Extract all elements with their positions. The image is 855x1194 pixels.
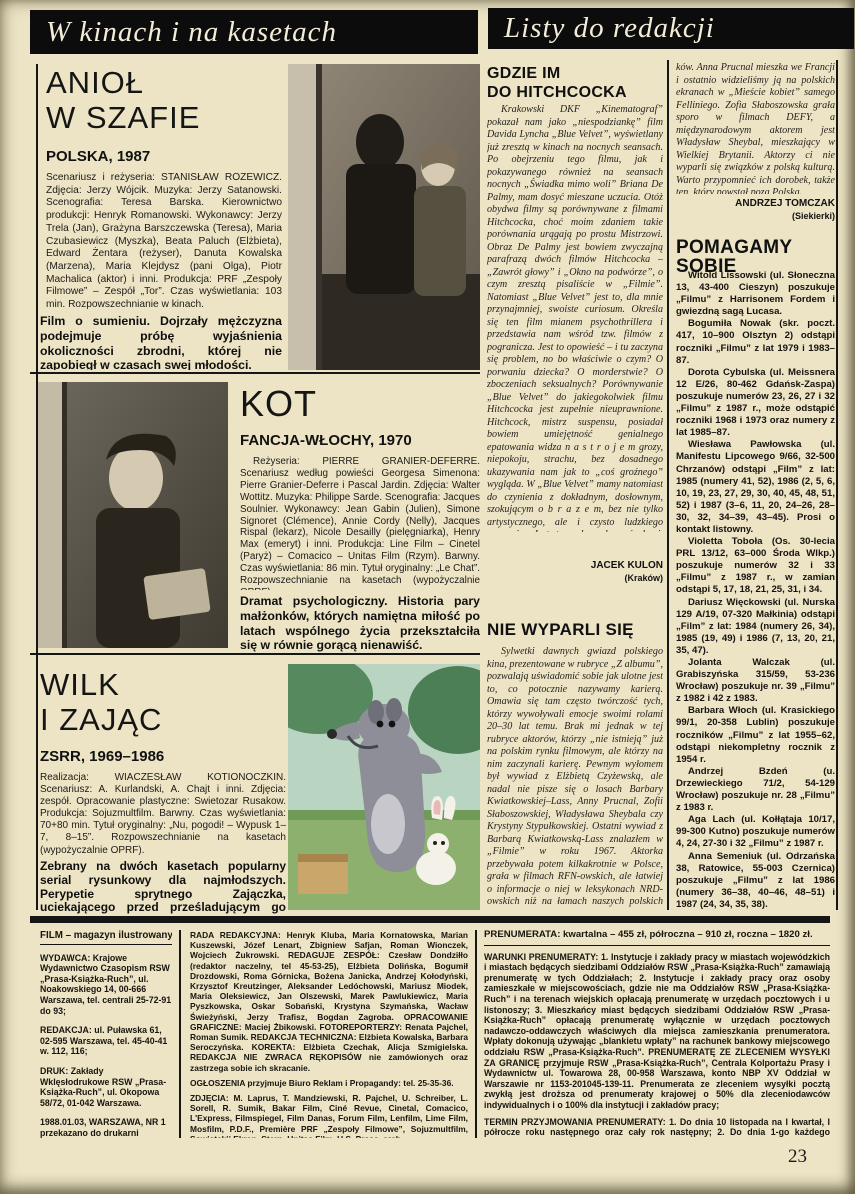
review-aniol-summary: Film o sumieniu. Dojrzały mężczyzna pode… [40, 314, 282, 370]
masthead-col2: RADA REDAKCYJNA: Henryk Kluba, Maria Kor… [190, 930, 468, 1138]
letter-gdzie-paragraph: Krakowski DKF „Kinematograf” pokazał nam… [487, 104, 663, 532]
review-wilk-credits: Realizacja: WIACZESŁAW KOTIONOCZKIN. Sce… [40, 772, 286, 856]
letter-niewyparli-continuation: ków. Anna Prucnal mieszka we Francji i o… [676, 62, 835, 194]
cartoon-wilk-zajac-image [288, 664, 480, 910]
review-aniol-country-year: POLSKA, 1987 [46, 148, 150, 165]
masthead-print-info: 1988.01.03, WARSZAWA, NR 1 przekazano do… [40, 1117, 172, 1138]
masthead-top-bar [30, 916, 830, 923]
review-aniol-title: ANIOŁ W SZAFIE [46, 66, 200, 135]
masthead-redakcja: REDAKCJA: ul. Puławska 61, 02-595 Warsza… [40, 1025, 172, 1057]
banner-letters-label: Listy do redakcji [504, 12, 715, 45]
letter-gdzie-title-line1: GDZIE IM [487, 64, 627, 83]
pomagamy-entry: Aga Lach (ul. Kołłątaja 10/17, 99-300 Ku… [676, 814, 835, 850]
review-aniol-credits: Scenariusz i reżyseria: STANISŁAW RÓŻEWI… [46, 172, 282, 310]
review-wilk-title-line2: I ZAJĄC [40, 703, 162, 738]
letter-niewyparli-continuation-text: ków. Anna Prucnal mieszka we Francji i o… [676, 62, 835, 194]
review-aniol-title-line1: ANIOŁ [46, 66, 200, 101]
review-kot-title: KOT [240, 384, 317, 424]
masthead-ogloszenia: OGŁOSZENIA przyjmuje Biuro Reklam i Prop… [190, 1078, 468, 1088]
masthead-wydawca: WYDAWCA: Krajowe Wydawnictwo Czasopism R… [40, 953, 172, 1017]
masthead-rule-1 [179, 930, 181, 1138]
review-kot-country-year: FANCJA-WŁOCHY, 1970 [240, 432, 412, 449]
letter-niewyparli-signature: ANDRZEJ TOMCZAK [676, 198, 835, 209]
letter-gdzie-signature-loc: (Kraków) [487, 573, 663, 583]
masthead-zdjecia: ZDJĘCIA: M. Laprus, T. Mandziewski, R. P… [190, 1093, 468, 1138]
masthead-termin: TERMIN PRZYJMOWANIA PRENUMERATY: 1. Do d… [484, 1117, 830, 1139]
review-kot-summary: Dramat psychologiczny. Historia pary mał… [240, 594, 480, 652]
letter-niewyparli-title: NIE WYPARLI SIĘ [487, 620, 634, 639]
review-wilk-country-year: ZSRR, 1969–1986 [40, 748, 164, 765]
review-kot-credits-text: Reżyseria: PIERRE GRANIER-DEFERRE. Scena… [240, 456, 480, 590]
review-wilk-title: WILK I ZAJĄC [40, 668, 162, 737]
letter-gdzie-body: Krakowski DKF „Kinematograf” pokazał nam… [487, 104, 663, 532]
letters-column-rule [667, 60, 669, 910]
review-wilk-summary: Zebrany na dwóch kasetach popularny seri… [40, 860, 286, 914]
pomagamy-entry: Violetta Toboła (Os. 30-lecia PRL 13/12,… [676, 536, 835, 596]
review-aniol-title-line2: W SZAFIE [46, 101, 200, 136]
page-right-rule [836, 60, 838, 910]
letter-niewyparli-signature-loc: (Siekierki) [676, 211, 835, 221]
letter-niewyparli-body: Sylwetki dawnych gwiazd polskiego kina, … [487, 646, 663, 910]
letter-niewyparli-paragraph: Sylwetki dawnych gwiazd polskiego kina, … [487, 646, 663, 910]
banner-cinema-label: W kinach i na kasetach [46, 16, 337, 49]
pomagamy-entries: Witold Lissowski (ul. Słoneczna 13, 43-4… [676, 270, 835, 910]
masthead-prenumerata: PRENUMERATA: kwartalna – 455 zł, półrocz… [484, 930, 830, 946]
pomagamy-entry: Anna Semeniuk (ul. Odrzańska 38, Ratowic… [676, 851, 835, 911]
masthead-magazine-name: FILM – magazyn ilustrowany [40, 931, 172, 945]
film-still-kot-photo [38, 382, 228, 648]
pomagamy-entry: Witold Lissowski (ul. Słoneczna 13, 43-4… [676, 270, 835, 318]
pomagamy-entry: Jolanta Walczak (ul. Grabiszyńska 315/59… [676, 657, 835, 705]
pomagamy-entry: Andrzej Bzdeń (u. Drzewieckiego 71/2, 54… [676, 766, 835, 814]
pomagamy-entry: Wiesława Pawłowska (ul. Manifestu Lipcow… [676, 439, 835, 536]
pomagamy-entry: Barbara Włoch (ul. Krasickiego 99/1, 20-… [676, 705, 835, 765]
masthead-rada: RADA REDAKCYJNA: Henryk Kluba, Maria Kor… [190, 930, 468, 1073]
letter-gdzie-signature: JACEK KULON [487, 560, 663, 571]
review-wilk-title-line1: WILK [40, 668, 162, 703]
review-kot-credits: Reżyseria: PIERRE GRANIER-DEFERRE. Scena… [240, 456, 480, 590]
masthead-warunki: WARUNKI PRENUMERATY: 1. Instytucje i zak… [484, 952, 830, 1111]
masthead-col3: PRENUMERATA: kwartalna – 455 zł, półrocz… [484, 930, 830, 1138]
magazine-page: W kinach i na kasetach Listy do redakcji… [0, 0, 855, 1194]
masthead-rule-2 [475, 930, 477, 1138]
letter-gdzie-title: GDZIE IM DO HITCHCOCKA [487, 64, 627, 102]
divider-aniol-kot [30, 372, 480, 374]
letter-gdzie-title-line2: DO HITCHCOCKA [487, 83, 627, 102]
pomagamy-entry: Dorota Cybulska (ul. Meissnera 12 E/26, … [676, 367, 835, 440]
section-banner-cinema: W kinach i na kasetach [30, 10, 478, 54]
film-still-aniol-photo [288, 64, 480, 370]
masthead-druk: DRUK: Zakłady Wklęsłodrukowe RSW „Prasa-… [40, 1066, 172, 1108]
pomagamy-entry: Dariusz Więckowski (ul. Nurska 129 A/19,… [676, 597, 835, 657]
page-number: 23 [788, 1146, 807, 1168]
section-banner-letters: Listy do redakcji [488, 8, 854, 49]
masthead-col1: FILM – magazyn ilustrowany WYDAWCA: Kraj… [40, 930, 172, 1138]
divider-kot-wilk [30, 653, 480, 655]
pomagamy-entry: Bogumiła Nowak (skr. poczt. 417, 10–900 … [676, 318, 835, 366]
